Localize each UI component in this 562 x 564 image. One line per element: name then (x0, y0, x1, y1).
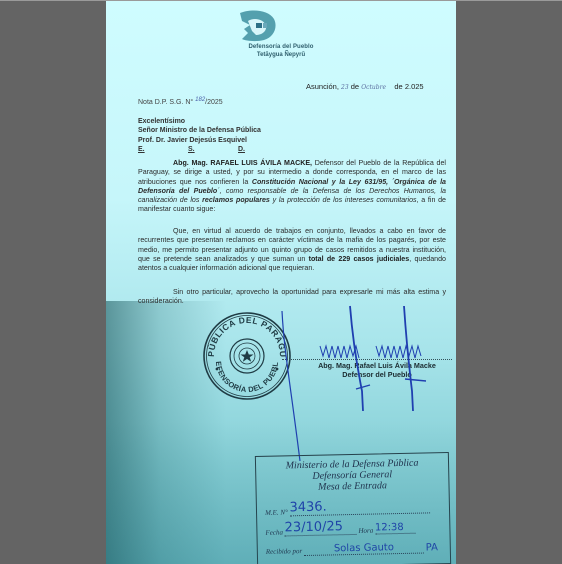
city: Asunción, (306, 82, 339, 91)
fecha-value: 23/10/25 (284, 519, 343, 535)
total-cases: total de 229 casos judiciales (309, 255, 410, 263)
addressee-block: Excelentísimo Señor Ministro de la Defen… (138, 117, 288, 155)
date-day: 23 (341, 84, 349, 91)
esd-line: E. S. D. (138, 145, 288, 154)
reception-stamp: Ministerio de la Defensa Pública Defenso… (255, 452, 451, 564)
paragraph-intro: Abg. Mag. RAFAEL LUIS ÁVILA MACKE, Defen… (138, 159, 446, 215)
date-month: Octubre (361, 84, 386, 91)
date-year: 2.025 (405, 82, 424, 91)
reference-handwritten: 182 (195, 97, 205, 103)
stamp-me-number: M.E. N° 3436. (265, 497, 430, 516)
institution-name: Defensoría del Pueblo (186, 44, 376, 50)
hora-value: 12:38 (375, 522, 404, 534)
addressee-line3: Prof. Dr. Javier Dejesús Esquivel (138, 136, 288, 145)
addressee-line2: Señor Ministro de la Defensa Pública (138, 126, 288, 135)
reference-number: Nota D.P. S.G. N° 182/2025 (138, 99, 223, 106)
received-by-value: Solas Gauto (334, 542, 394, 554)
initials-value: PA (426, 542, 438, 553)
handwritten-signature-icon (266, 301, 456, 461)
stamp-received-by: Recibido por Solas Gauto PA (266, 541, 438, 557)
institution-name-guarani: Tetãygua Ñ̃epyrũ (186, 52, 376, 58)
defensoria-logo-icon (234, 9, 278, 43)
paragraph-main: Que, en virtud al acuerdo de trabajos en… (138, 227, 446, 273)
date-line: Asunción, 23 de Octubre de 2.025 (306, 82, 424, 91)
document-page: Defensoría del Pueblo Tetãygua Ñ̃epyrũ A… (106, 1, 456, 564)
me-number-value: 3436. (289, 500, 327, 516)
stamp-date: Fecha 23/10/25 Hora 12:38 (265, 518, 415, 537)
sender-name: Abg. Mag. RAFAEL LUIS ÁVILA MACKE, (173, 159, 312, 167)
addressee-line1: Excelentísimo (138, 117, 288, 126)
